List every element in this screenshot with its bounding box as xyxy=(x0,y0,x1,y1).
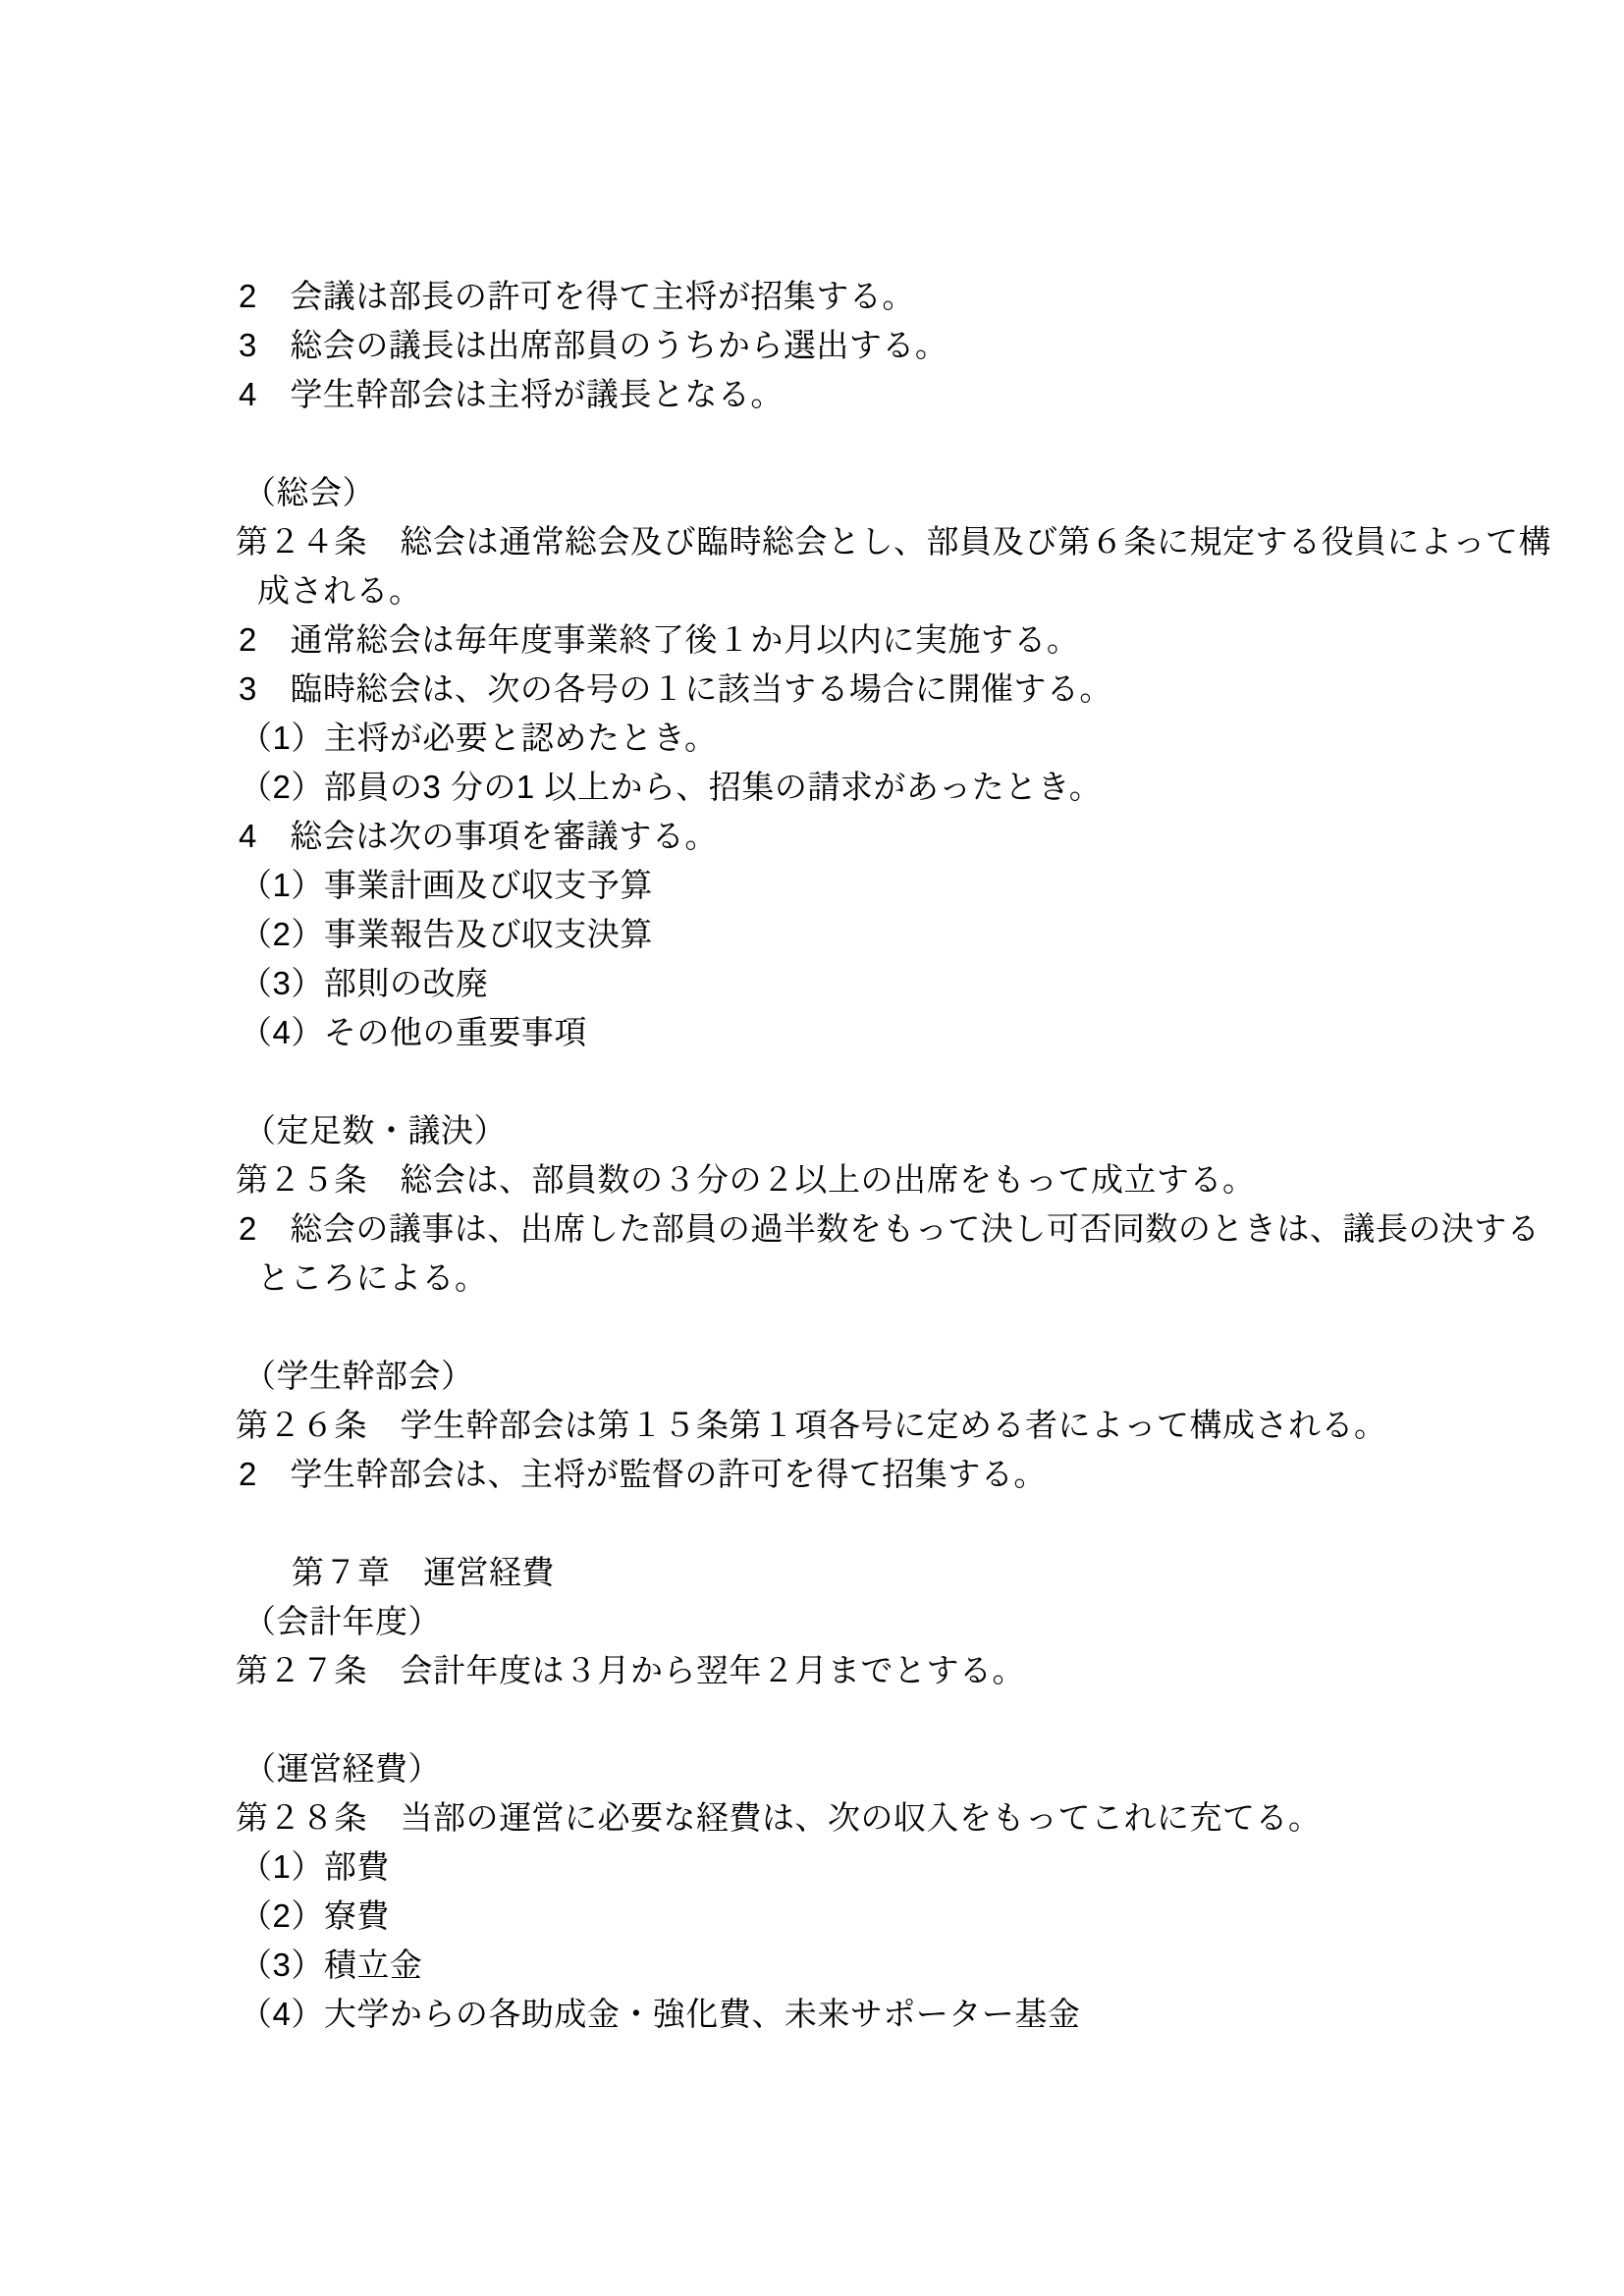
text-line: 第２５条 総会は、部員数の３分の２以上の出席をもって成立する。 xyxy=(0,1155,1624,1204)
text-line: （総会） xyxy=(0,468,1624,517)
text-line: 第２８条 当部の運営に必要な経費は、次の収入をもってこれに充てる。 xyxy=(0,1793,1624,1842)
text-line: （3）積立金 xyxy=(0,1941,1624,1990)
text-line: 4 学生幹部会は主将が議長となる。 xyxy=(0,370,1624,419)
text-line: 2 総会の議事は、出席した部員の過半数をもって決し可否同数のときは、議長の決する xyxy=(0,1204,1624,1254)
blank-line xyxy=(0,1303,1624,1352)
text-line: （学生幹部会） xyxy=(0,1352,1624,1401)
blank-line xyxy=(0,1057,1624,1106)
text-line: （1）主将が必要と認めたとき。 xyxy=(0,714,1624,763)
blank-line xyxy=(0,419,1624,468)
blank-line xyxy=(0,1499,1624,1548)
text-line: （会計年度） xyxy=(0,1597,1624,1646)
document-page: 2 会議は部長の許可を得て主将が招集する。3 総会の議長は出席部員のうちから選出… xyxy=(0,0,1624,2296)
text-line: （1）事業計画及び収支予算 xyxy=(0,861,1624,910)
blank-line xyxy=(0,1695,1624,1744)
text-line: （2）部員の3 分の1 以上から、招集の請求があったとき。 xyxy=(0,763,1624,812)
text-line: 2 学生幹部会は、主将が監督の許可を得て招集する。 xyxy=(0,1450,1624,1499)
text-line: 2 会議は部長の許可を得て主将が招集する。 xyxy=(0,272,1624,321)
text-line: 第７章 運営経費 xyxy=(0,1548,1624,1597)
text-line: 第２６条 学生幹部会は第１５条第１項各号に定める者によって構成される。 xyxy=(0,1401,1624,1450)
text-line: 第２７条 会計年度は３月から翌年２月までとする。 xyxy=(0,1646,1624,1695)
text-line: （2）事業報告及び収支決算 xyxy=(0,910,1624,959)
text-line: （4）その他の重要事項 xyxy=(0,1008,1624,1057)
text-line: （1）部費 xyxy=(0,1842,1624,1892)
text-line: 成される。 xyxy=(0,566,1624,615)
text-line: ところによる。 xyxy=(0,1254,1624,1303)
text-line: （3）部則の改廃 xyxy=(0,959,1624,1008)
text-line: 3 臨時総会は、次の各号の１に該当する場合に開催する。 xyxy=(0,665,1624,714)
text-line: （運営経費） xyxy=(0,1744,1624,1793)
text-line: （4）大学からの各助成金・強化費、未来サポーター基金 xyxy=(0,1990,1624,2039)
text-line: 4 総会は次の事項を審議する。 xyxy=(0,812,1624,861)
text-line: （2）寮費 xyxy=(0,1892,1624,1941)
text-line: （定足数・議決） xyxy=(0,1106,1624,1155)
text-line: 3 総会の議長は出席部員のうちから選出する。 xyxy=(0,321,1624,370)
text-line: 2 通常総会は毎年度事業終了後１か月以内に実施する。 xyxy=(0,615,1624,665)
text-line: 第２４条 総会は通常総会及び臨時総会とし、部員及び第６条に規定する役員によって構 xyxy=(0,517,1624,566)
document-text-block: 2 会議は部長の許可を得て主将が招集する。3 総会の議長は出席部員のうちから選出… xyxy=(0,272,1624,2039)
